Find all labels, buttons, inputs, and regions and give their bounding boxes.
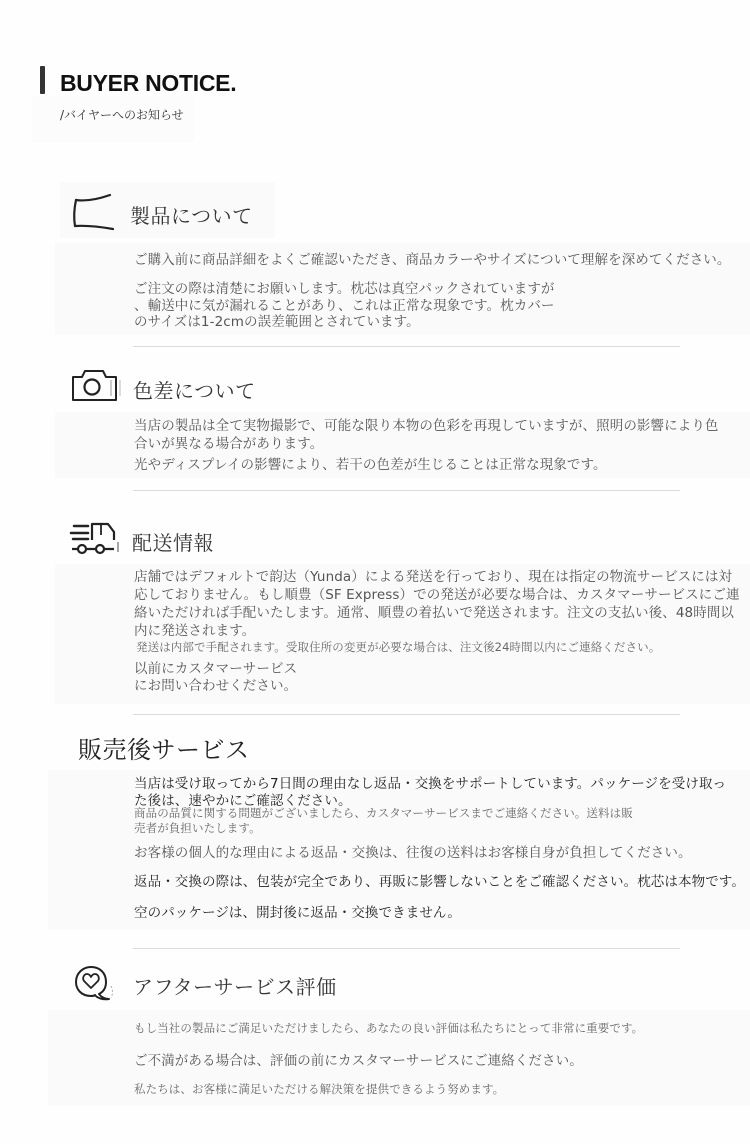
header-accent-bar [40,66,45,94]
section-divider [133,490,680,491]
after-sales-paragraph: 商品の品質に関する問題がございましたら、カスタマーサービスまでご連絡ください。送… [134,806,633,821]
shipping-paragraph: 絡いただければ手配いたします。通常、順豊の着払いで発送されます。注文の支払い後、… [134,604,734,622]
after-sales-paragraph: 当店は受け取ってから7日間の理由なし返品・交換をサポートしています。パッケージを… [134,776,726,792]
color-paragraph: 合いが異なる場合があります。 [134,435,323,453]
section-title-review: アフターサービス評価 [133,971,337,1000]
review-paragraph: もし当社の製品にご満足いただけましたら、あなたの良い評価は私たちにとって非常に重… [134,1020,643,1036]
product-paragraph: ご注文の際は清楚にお願いします。枕芯は真空パックされていますが [134,281,555,297]
pillow-icon [70,192,118,232]
page-title: BUYER NOTICE. [60,70,236,97]
section-title-product: 製品について [130,200,253,229]
review-paragraph: ご不満がある場合は、評価の前にカスタマーサービスにご連絡ください。 [134,1052,583,1070]
product-paragraph: のサイズは1-2cmの誤差範囲とされています。 [134,314,420,330]
color-paragraph: 当店の製品は全て実物撮影で、可能な限り本物の色彩を再現していますが、照明の影響に… [134,417,719,435]
shipping-paragraph: 内に発送されます。 [134,622,255,640]
shipping-paragraph: 店舗ではデフォルトで韵达（Yunda）による発送を行っており、現在は指定の物流サ… [134,568,732,586]
delivery-truck-icon [68,520,124,556]
section-divider [133,948,680,949]
color-paragraph: 光やディスプレイの影響により、若干の色差が生じることは正常な現象です。 [134,456,607,474]
shipping-paragraph: 以前にカスタマーサービス [134,661,297,678]
product-paragraph: ご購入前に商品詳細をよくご確認いただき、商品カラーやサイズについて理解を深めてく… [134,251,731,269]
camera-icon [70,366,124,404]
section-divider [133,346,680,347]
after-sales-paragraph: 売者が負担いたします。 [134,821,261,836]
section-title-color: 色差について [133,375,256,404]
after-sales-paragraph: 空のパッケージは、開封後に返品・交換できません。 [134,904,461,922]
heart-chat-icon [73,964,125,1004]
buyer-notice-page: BUYER NOTICE. /バイヤーへのお知らせ 製品について ご購入前に商品… [0,0,750,1144]
review-paragraph: 私たちは、お客様に満足いただける解決策を提供できるよう努めます。 [134,1081,504,1097]
product-paragraph: 、輸送中に気が漏れることがあり、これは正常な現象です。枕カバー [134,298,555,314]
section-title-shipping: 配送情報 [132,527,214,556]
after-sales-paragraph: 返品・交換の際は、包装が完全であり、再販に影響しないことをご確認ください。枕芯は… [134,873,745,891]
shipping-paragraph: にお問い合わせください。 [134,678,297,695]
section-divider [133,714,680,715]
shipping-paragraph: 応しておりません。もし順豊（SF Express）での発送が必要な場合は、カスタ… [134,586,740,604]
page-subtitle: /バイヤーへのお知らせ [60,106,184,123]
section-title-after-sales: 販売後サービス [78,730,250,765]
after-sales-paragraph: お客様の個人的な理由による返品・交換は、往復の送料はお客様自身が負担してください… [134,844,692,862]
shipping-paragraph: 発送は内部で手配されます。受取住所の変更が必要な場合は、注文後24時間以内にご連… [136,639,660,655]
